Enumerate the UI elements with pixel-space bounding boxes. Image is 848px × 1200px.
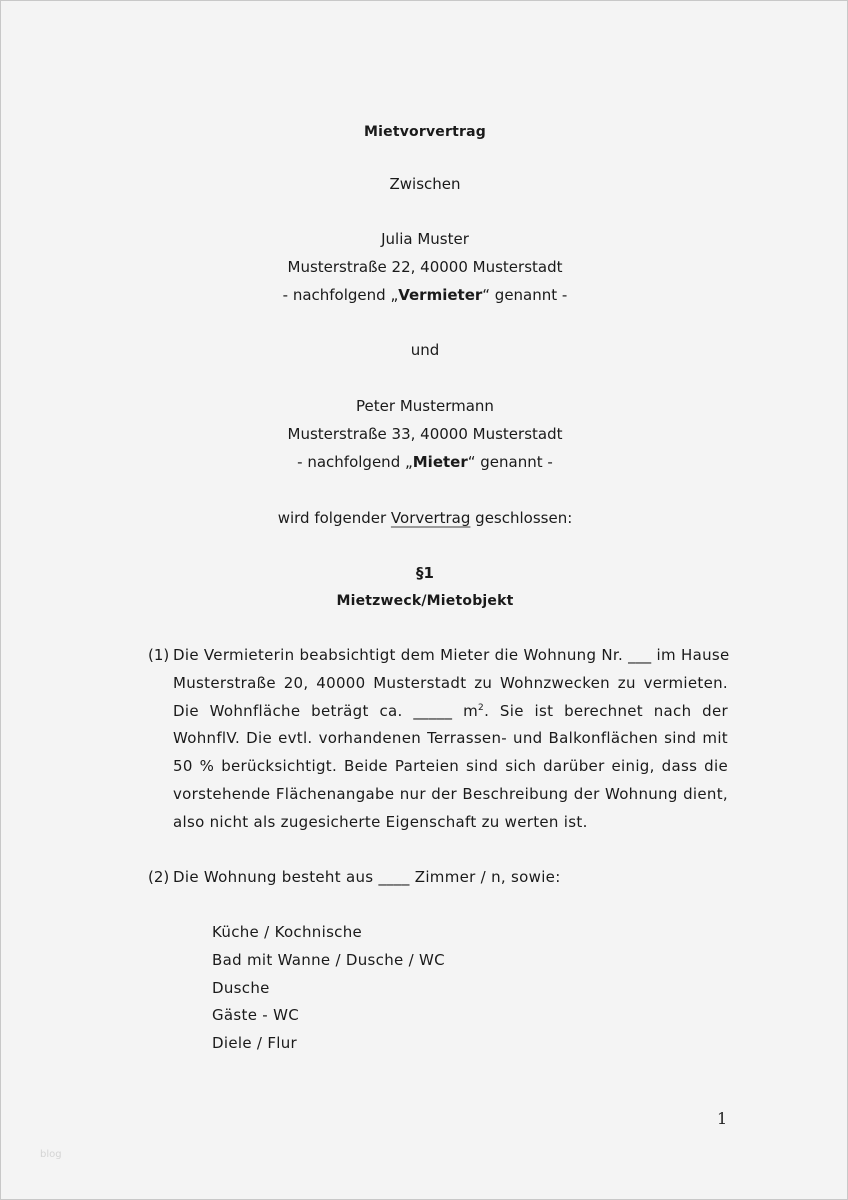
landlord-address: Musterstraße 22, 40000 Musterstadt — [1, 257, 848, 277]
document-title: Mietvorvertrag — [1, 122, 848, 142]
paragraph-2: (2) Die Wohnung besteht aus ____ Zimmer … — [148, 864, 728, 892]
tenant-role-prefix: - nachfolgend „ — [297, 453, 413, 471]
closing-suffix: geschlossen: — [470, 509, 572, 527]
section-heading: Mietzweck/Mietobjekt — [1, 591, 848, 611]
document-page: Mietvorvertrag Zwischen Julia Muster Mus… — [0, 0, 848, 1200]
landlord-name: Julia Muster — [1, 229, 848, 249]
paragraph-1-line: WohnflV. Die evtl. vorhandenen Terrassen… — [173, 725, 728, 753]
between-label: Zwischen — [1, 174, 848, 194]
room-item: Diele / Flur — [212, 1030, 445, 1058]
paragraph-1-line: Die Wohnfläche beträgt ca. _____ m2. Sie… — [173, 698, 728, 726]
paragraph-2-number: (2) — [148, 864, 169, 892]
paragraph-1: (1) Die Vermieterin beabsichtigt dem Mie… — [148, 642, 728, 837]
rooms-list: Küche / Kochnische Bad mit Wanne / Dusch… — [212, 919, 445, 1058]
section-number: §1 — [1, 563, 848, 583]
paragraph-1-number: (1) — [148, 642, 169, 670]
page-number: 1 — [717, 1109, 727, 1128]
landlord-role-term: Vermieter — [398, 286, 482, 304]
landlord-role-suffix: “ genannt - — [482, 286, 567, 304]
tenant-address: Musterstraße 33, 40000 Musterstadt — [1, 424, 848, 444]
closing-keyword: Vorvertrag — [391, 509, 470, 527]
room-item: Dusche — [212, 975, 445, 1003]
paragraph-1-line: 50 % berücksichtigt. Beide Parteien sind… — [173, 753, 728, 781]
room-item: Küche / Kochnische — [212, 919, 445, 947]
room-item: Bad mit Wanne / Dusche / WC — [212, 947, 445, 975]
closing-prefix: wird folgender — [278, 509, 391, 527]
watermark: blog — [40, 1149, 62, 1160]
room-item: Gäste - WC — [212, 1002, 445, 1030]
tenant-role-suffix: “ genannt - — [468, 453, 553, 471]
paragraph-1-line: Musterstraße 20, 40000 Musterstadt zu Wo… — [173, 670, 728, 698]
landlord-role-prefix: - nachfolgend „ — [283, 286, 399, 304]
paragraph-1-line: vorstehende Flächenangabe nur der Beschr… — [173, 781, 728, 809]
paragraph-1-line: Die Vermieterin beabsichtigt dem Mieter … — [173, 642, 728, 670]
paragraph-1-line-text: Die Wohnfläche beträgt ca. _____ m — [173, 702, 478, 720]
tenant-role: - nachfolgend „Mieter“ genannt - — [1, 452, 848, 472]
landlord-role: - nachfolgend „Vermieter“ genannt - — [1, 285, 848, 305]
paragraph-2-text: Die Wohnung besteht aus ____ Zimmer / n,… — [173, 864, 728, 892]
tenant-role-term: Mieter — [413, 453, 468, 471]
tenant-name: Peter Mustermann — [1, 396, 848, 416]
paragraph-1-line: also nicht als zugesicherte Eigenschaft … — [173, 809, 728, 837]
closing-statement: wird folgender Vorvertrag geschlossen: — [1, 508, 848, 528]
paragraph-1-line-tail: . Sie ist berechnet nach der — [484, 702, 728, 720]
and-label: und — [1, 340, 848, 360]
